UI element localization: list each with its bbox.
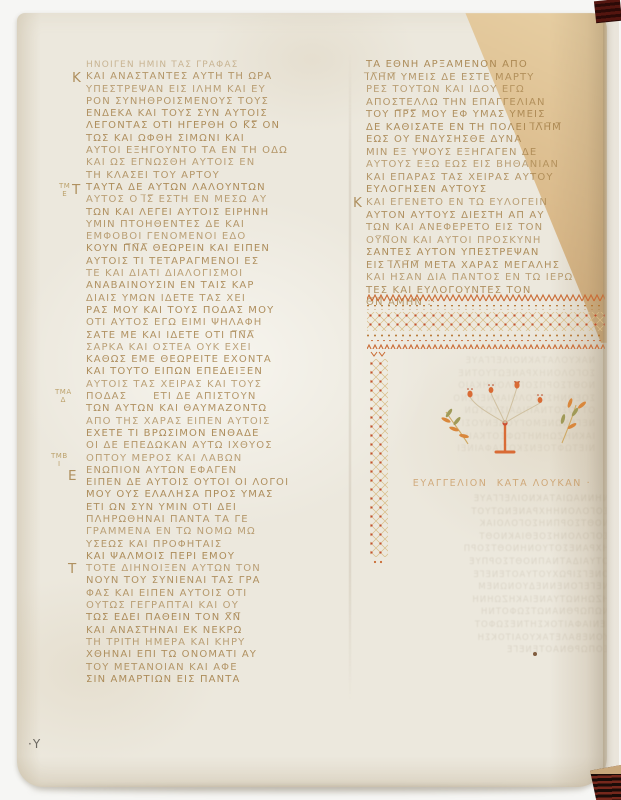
text-line: ΥΜΙΝ ΠΤΟΗΘΕΝΤΕΣ ΔΕ ΚΑΙ	[86, 219, 348, 231]
quire-signature: ·Υ	[28, 737, 41, 751]
canon-numeral: Ι	[51, 461, 68, 469]
text-line: ΛΕΓΟΝΤΑΣ ΟΤΙ ΗΓΕΡΘΗ Ο Κ̅Σ̅ ΟΝ	[86, 120, 348, 132]
text-line: ΚΟΥΝ Π̅Ν̅Α̅ ΘΕΩΡΕΙΝ ΚΑΙ ΕΙΠΕΝ	[86, 243, 348, 255]
binding-top-corner	[594, 0, 621, 23]
text-line: ΔΙΑΙΣ ΥΜΩΝ ΙΔΕΤΕ ΤΑΣ ΧΕΙ	[86, 293, 348, 305]
text-line: ΤΩΝ ΚΑΙ ΛΕΓΕΙ ΑΥΤΟΙΣ ΕΙΡΗΝΗ	[86, 207, 348, 219]
text-line: ΤΗ ΤΡΙΤΗ ΗΜΕΡΑ ΚΑΙ ΚΗΡΥ	[86, 637, 348, 649]
tailpiece-band-vertical	[367, 350, 391, 566]
left-text-column: ΗΝΟΙΓΕΝ ΗΜΙΝ ΤΑΣ ΓΡΑΦΑΣΚΑΙ ΑΝΑΣΤΑΝΤΕΣ ΑΥ…	[86, 59, 348, 686]
text-line: ΚΑΙ ΨΑΛΜΟΙΣ ΠΕΡΙ ΕΜΟΥ	[86, 551, 348, 563]
ghost-line: ΝΟΘΤΣΟΡΠΝΗΣΟΓΟΛΟΙΑΚ	[389, 518, 607, 531]
text-line: ΥΣΕΩΣ ΚΑΙ ΠΡΟΦΗΤΑΙΣ	[86, 539, 348, 551]
text-line: ΤΟΥ ΜΕΤΑΝΟΙΑΝ ΚΑΙ ΑΦΕ	[86, 662, 348, 674]
page-shadow	[30, 786, 585, 793]
text-line: ΗΝΟΙΓΕΝ ΗΜΙΝ ΤΑΣ ΓΡΑΦΑΣ	[86, 59, 348, 71]
text-line: ΚΑΙ ΕΠΑΡΑΣ ΤΑΣ ΧΕΙΡΑΣ ΑΥΤΟΥ	[366, 172, 607, 185]
text-line: ΤΩΝ ΚΑΙ ΑΝΕΦΕΡΕΤΟ ΕΙΣ ΤΟΝ	[366, 222, 607, 235]
ghost-line: ΣΟΠΩΡΘΝΑΟΤΕΝΕΓΕ	[389, 644, 607, 657]
section-number-mark: ΤΜ Ε	[59, 183, 70, 198]
section-number-mark: ΤΜΑ Δ	[55, 389, 72, 404]
text-line: ΟΙ ΔΕ ΕΠΕΔΩΚΑΝ ΑΥΤΩ ΙΧΘΥΟΣ	[86, 440, 348, 452]
text-line: ΣΑΝΤΕΣ ΑΥΤΟΝ ΥΠΕΣΤΡΕΨΑΝ	[366, 247, 607, 260]
text-line: ΚΑΙ ΩΣ ΕΓΝΩΣΘΗ ΑΥΤΟΙΣ ΕΝ	[86, 157, 348, 169]
text-line: ΕΧΕΤΕ ΤΙ ΒΡΩΣΙΜΟΝ ΕΝΘΑΔΕ	[86, 428, 348, 440]
right-text-column: ΤΑ ΕΘΝΗ ΑΡΞΑΜΕΝΟΝ ΑΠΟΙ̅Λ̅Η̅Μ̅ ΥΜΕΙΣ ΔΕ Ε…	[366, 59, 607, 310]
text-line: ΤΩΣ ΚΑΙ ΩΦΘΗ ΣΙΜΩΝΙ ΚΑΙ	[86, 133, 348, 145]
text-line: ΧΘΗΝΑΙ ΕΠΙ ΤΩ ΟΝΟΜΑΤΙ ΑΥ	[86, 649, 348, 661]
binding-bottom-corner	[590, 765, 621, 800]
text-line: ΓΡΑΜΜΕΝΑ ΕΝ ΤΩ ΝΟΜΩ ΜΩ	[86, 526, 348, 538]
ink-spot	[533, 652, 537, 656]
section-number-mark: ΤΜΒ Ι	[51, 453, 68, 468]
text-line: ΟΤΙ ΑΥΤΟΣ ΕΓΩ ΕΙΜΙ ΨΗΛΑΦΗ	[86, 317, 348, 329]
text-line: ΕΤΙ ΩΝ ΣΥΝ ΥΜΙΝ ΟΤΙ ΔΕΙ	[86, 502, 348, 514]
manuscript-photo: ΝΑΚΥΟΛΑΤΑΚΝΟΙΛΕΓΓΑΥΕΣΟΓΟΛΟΝΗΧΡΑΝΕΩΤΥΟΤΝΕ…	[0, 0, 621, 800]
text-line: ΑΥΤΟΥΣ ΕΞΩ ΕΩΣ ΕΙΣ ΒΗΘΑΝΙΑΝ	[366, 159, 607, 172]
text-line: ΤΟΤΕ ΔΙΗΝΟΙΞΕΝ ΑΥΤΩΝ ΤΟΝ	[86, 563, 348, 575]
text-line: ΟΥ̅Ν̅ΟΝ ΚΑΙ ΑΥΤΟΙ ΠΡΟΣΚΥΝΗ	[366, 235, 607, 248]
text-line: ΠΛΗΡΩΘΗΝΑΙ ΠΑΝΤΑ ΤΑ ΓΕ	[86, 514, 348, 526]
text-line: ΚΑΙ ΑΝΑΣΤΑΝΤΕΣ ΑΥΤΗ ΤΗ ΩΡΑ	[86, 71, 348, 83]
ghost-line: ΣΟΓΟΛΟΝΗΧΡΑΝΕΩΤΥΟΤΝΕ	[395, 368, 595, 381]
gospel-subscription: ΕΥΑΓΓΕΛΙΟΝ ΚΑΤΑ ΛΟΥΚΑΝ ·	[394, 478, 607, 489]
plant-sprig-right	[548, 393, 592, 445]
ghost-line: ΝΗΝΝΑΩΙΑΤΑΚΝΟΙΛΕΓΓΑΥΕ	[389, 493, 607, 506]
ghost-line: ΝΕΓΕΓΟΝΕΝΝΕΔΥΟΝΩΝΕΜ	[389, 581, 607, 594]
text-line: ΚΑΘΩΣ ΕΜΕ ΘΕΩΡΕΙΤΕ ΕΧΟΝΤΑ	[86, 354, 348, 366]
fore-edge-pages	[603, 18, 619, 778]
text-line: ΡΟΝ ΣΥΝΗΘΡΟΙΣΜΕΝΟΥΣ ΤΟΥΣ	[86, 96, 348, 108]
ghost-line: ΟΤΥΑΙΔΑΤΝΑΠΝΟΘΤΣΟΡΠΥΕ	[389, 556, 607, 569]
enlarged-initial: Τ	[68, 561, 76, 577]
tailpiece-band-horizontal	[366, 293, 607, 351]
text-line: ΕΥΛΟΓΗΣΕΝ ΑΥΤΟΥΣ	[366, 184, 607, 197]
text-line: ΚΑΙ ΗΣΑΝ ΔΙΑ ΠΑΝΤΟΣ ΕΝ ΤΩ ΙΕΡΩ	[366, 272, 607, 285]
text-line: Ι̅Λ̅Η̅Μ̅ ΥΜΕΙΣ ΔΕ ΕΣΤΕ ΜΑΡΤΥ	[366, 72, 607, 85]
text-line: ΣΑΤΕ ΜΕ ΚΑΙ ΙΔΕΤΕ ΟΤΙ Π̅Ν̅Α̅	[86, 330, 348, 342]
center-crease	[349, 53, 351, 701]
text-line: ΚΑΙ ΕΓΕΝΕΤΟ ΕΝ ΤΩ ΕΥΛΟΓΕΙΝ	[366, 197, 607, 210]
text-line: ΤΑ ΕΘΝΗ ΑΡΞΑΜΕΝΟΝ ΑΠΟ	[366, 59, 607, 72]
text-line: ΑΥΤΟΙΣ ΤΑΣ ΧΕΙΡΑΣ ΚΑΙ ΤΟΥΣ	[86, 379, 348, 391]
ghost-line: ΥΟΝΕΒΑΛΕΤΑΚΥΟΑΙΤΟΚΣΗ	[389, 632, 607, 645]
text-line: ΤΩΝ ΑΥΤΩΝ ΚΑΙ ΘΑΥΜΑΖΟΝΤΩ	[86, 403, 348, 415]
text-line: ΕΝΔΕΚΑ ΚΑΙ ΤΟΥΣ ΣΥΝ ΑΥΤΟΙΣ	[86, 108, 348, 120]
text-line: ΕΙΣ Ι̅Λ̅Η̅Μ̅ ΜΕΤΑ ΧΑΡΑΣ ΜΕΓΑΛΗΣ	[366, 260, 607, 273]
text-line: ΡΕΣ ΤΟΥΤΩΝ ΚΑΙ ΙΔΟΥ ΕΓΩ	[366, 84, 607, 97]
ghost-line: ΝΑΚΥΟΛΑΤΑΚΝΟΙΛΕΓΓΑΥΕ	[395, 355, 595, 368]
text-line: ΣΑΡΚΑ ΚΑΙ ΟΣΤΕΑ ΟΥΚ ΕΧΕΙ	[86, 342, 348, 354]
text-line: ΑΝΑΒΑΙΝΟΥΣΙΝ ΕΝ ΤΑΙΣ ΚΑΡ	[86, 280, 348, 292]
ghost-line: ΙΕΝΙΑΦΑΙΤΟΚΣΗΤΝΕΣΩΦΟΤ	[389, 619, 607, 632]
text-line: ΕΙΠΕΝ ΔΕ ΑΥΤΟΙΣ ΟΥΤΟΙ ΟΙ ΛΟΓΟΙ	[86, 477, 348, 489]
text-line: ΠΟΔΑΣ ΕΤΙ ΔΕ ΑΠΙΣΤΟΥΝ	[86, 391, 348, 403]
show-through-text-lower: ΝΗΝΝΑΩΙΑΤΑΚΝΟΙΛΕΓΓΑΥΕΣΟΓΟΛΟΝΗΗΧΡΑΝΕΝΩΤΥΟ…	[389, 493, 607, 657]
text-line: ΝΟΥΝ ΤΟΥ ΣΥΝΙΕΝΑΙ ΤΑΣ ΓΡΑ	[86, 575, 348, 587]
text-line: ΡΑΣ ΜΟΥ ΚΑΙ ΤΟΥΣ ΠΟΔΑΣ ΜΟΥ	[86, 305, 348, 317]
text-line: ΜΙΝ ΕΞ ΥΨΟΥΣ ΕΞΗΓΑΓΕΝ ΔΕ	[366, 147, 607, 160]
text-line: ΑΠΟ ΤΗΣ ΧΑΡΑΣ ΕΙΠΕΝ ΑΥΤΟΙΣ	[86, 416, 348, 428]
text-line: ΤΩΣ ΕΔΕΙ ΠΑΘΕΙΝ ΤΟΝ Χ̅Ν̅	[86, 612, 348, 624]
text-line: ΦΑΣ ΚΑΙ ΕΙΠΕΝ ΑΥΤΟΙΣ ΟΤΙ	[86, 588, 348, 600]
ghost-line: ΝΩΠΩΡΘΝΑΝΩΤΣΩΦΟΤΝΗ	[389, 606, 607, 619]
ghost-line: ΣΟΓΟΛΟΝΗΣΟΕΘΙΑΚΝΟΘΤ	[389, 531, 607, 544]
text-line: ΤΑΥΤΑ ΔΕ ΑΥΤΩΝ ΛΑΛΟΥΝΤΩΝ	[86, 182, 348, 194]
text-line: ΑΥΤΟΙΣ ΤΙ ΤΕΤΑΡΑΓΜΕΝΟΙ ΕΣ	[86, 256, 348, 268]
text-line: ΤΗ ΚΛΑΣΕΙ ΤΟΥ ΑΡΤΟΥ	[86, 170, 348, 182]
text-line: ΜΟΥ ΟΥΣ ΕΛΑΛΗΣΑ ΠΡΟΣ ΥΜΑΣ	[86, 489, 348, 501]
canon-numeral: Ε	[59, 191, 70, 199]
text-line: ΔΕ ΚΑΘΙΣΑΤΕ ΕΝ ΤΗ ΠΟΛΕΙ Ι̅Λ̅Η̅Μ̅	[366, 122, 607, 135]
ghost-line: ΟΝΕΓΣΙΡΩΧΥΟΤΥΑΟΤΕΝΕΓΕ	[389, 569, 607, 582]
ghost-line: ΗΧΡΑΝΕΣΟΤΥΟΝΗΝΟΘΤΣΟΡΠ	[389, 543, 607, 556]
text-line: ΤΟΥ Π̅Ρ̅Σ̅ ΜΟΥ ΕΦ ΥΜΑΣ ΥΜΕΙΣ	[366, 109, 607, 122]
text-line: ΚΑΙ ΤΟΥΤΟ ΕΙΠΩΝ ΕΠΕΔΕΙΞΕΝ	[86, 366, 348, 378]
ghost-line: ΣΟΓΟΛΟΝΗΗΧΡΑΝΕΝΩΤΥΟΤ	[389, 506, 607, 519]
text-line: ΤΕ ΚΑΙ ΔΙΑΤΙ ΔΙΑΛΟΓΙΣΜΟΙ	[86, 268, 348, 280]
enlarged-initial: Τ	[72, 182, 80, 198]
text-line: ΟΠΤΟΥ ΜΕΡΟΣ ΚΑΙ ΛΑΒΩΝ	[86, 453, 348, 465]
enlarged-initial: Κ	[72, 70, 81, 86]
text-line: ΑΥΤΟΙ ΕΞΗΓΟΥΝΤΟ ΤΑ ΕΝ ΤΗ ΟΔΩ	[86, 145, 348, 157]
text-line: ΣΙΝ ΑΜΑΡΤΙΩΝ ΕΙΣ ΠΑΝΤΑ	[86, 674, 348, 686]
text-line: ΟΥΤΩΣ ΓΕΓΡΑΠΤΑΙ ΚΑΙ ΟΥ	[86, 600, 348, 612]
text-line: ΑΥΤΟΝ ΑΥΤΟΥΣ ΔΙΕΣΤΗ ΑΠ ΑΥ	[366, 210, 607, 223]
enlarged-initial: Κ	[353, 195, 362, 211]
text-line: ΕΝΩΠΙΟΝ ΑΥΤΩΝ ΕΦΑΓΕΝ	[86, 465, 348, 477]
parchment-page: ΝΑΚΥΟΛΑΤΑΚΝΟΙΛΕΓΓΑΥΕΣΟΓΟΛΟΝΗΧΡΑΝΕΩΤΥΟΤΝΕ…	[17, 13, 607, 787]
enlarged-initial: Ε	[68, 468, 77, 484]
text-line: ΥΠΕΣΤΡΕΨΑΝ ΕΙΣ ΙΛΗΜ ΚΑΙ ΕΥ	[86, 84, 348, 96]
ghost-line: ΗΖΩΗΝΩΤΥΑΝΕΙΑΚΗΖΩΗΝΗ	[389, 594, 607, 607]
canon-numeral: Δ	[55, 397, 72, 405]
text-line: ΑΥΤΟΣ Ο Ι̅Σ̅ ΕΣΤΗ ΕΝ ΜΕΣΩ ΑΥ	[86, 194, 348, 206]
text-line: ΕΜΦΟΒΟΙ ΓΕΝΟΜΕΝΟΙ ΕΔΟ	[86, 231, 348, 243]
text-line: ΕΩΣ ΟΥ ΕΝΔΥΣΗΣΘΕ ΔΥΝΑ	[366, 134, 607, 147]
text-line: ΚΑΙ ΑΝΑΣΤΗΝΑΙ ΕΚ ΝΕΚΡΩ	[86, 625, 348, 637]
text-line: ΑΠΟΣΤΕΛΛΩ ΤΗΝ ΕΠΑΓΓΕΛΙΑΝ	[366, 97, 607, 110]
